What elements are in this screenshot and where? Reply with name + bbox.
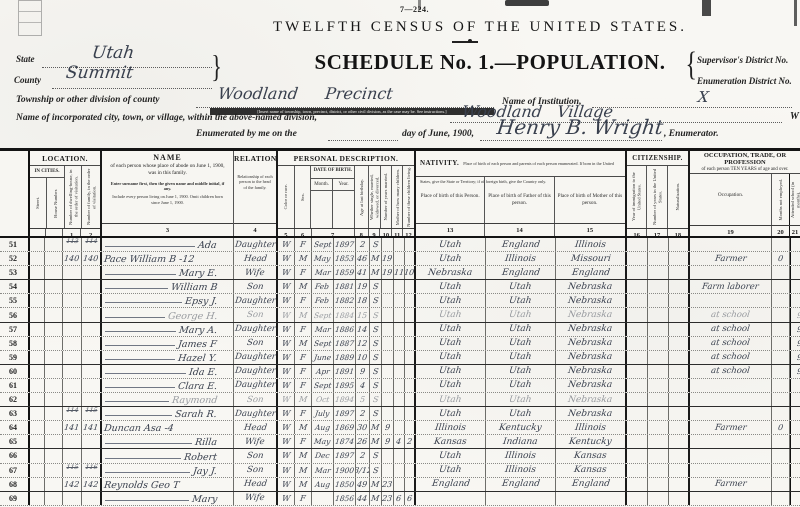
enumerator-suffix: , Enumerator.	[664, 129, 719, 139]
cell-occupation	[690, 435, 772, 448]
cell-birth-month: Mar	[312, 323, 334, 336]
surname-ditto-line	[105, 274, 176, 275]
cell-line-number: 51	[0, 238, 28, 251]
table-row: 55 Epsy J. Daughter W F Feb 1882 18 S Ut…	[0, 294, 800, 308]
table-row: 63 114 115 Sarah R. Daughter W F July 18…	[0, 407, 800, 421]
cell-dwelling-number	[63, 280, 82, 293]
cell-children-living	[405, 393, 416, 406]
cell-months-not-employed	[772, 449, 790, 462]
cell-birth-month	[312, 492, 334, 505]
cell-dwelling-number	[63, 435, 82, 448]
cell-house-number	[45, 337, 63, 350]
cell-sex: M	[295, 449, 312, 462]
cell-family-number	[82, 379, 102, 392]
cell-mother-of	[394, 393, 405, 406]
cell-months-not-employed	[772, 238, 790, 251]
cell-years-married: 19	[382, 266, 394, 279]
cell-birth-year: 1887	[334, 337, 356, 350]
cell-birthplace: Utah	[416, 323, 486, 336]
cell-father-birthplace: England	[486, 478, 556, 491]
cell-street	[28, 323, 45, 336]
cell-age: 12	[356, 337, 370, 350]
cell-mother-birthplace: Nebraska	[556, 407, 627, 420]
cell-street	[28, 464, 45, 477]
cell-age: 18	[356, 294, 370, 307]
county-label: County	[14, 75, 41, 85]
header-personal: PERSONAL DESCRIPTION. Color or race. Sex…	[278, 151, 416, 236]
cell-children-living: 2	[405, 435, 416, 448]
table-row: 60 Ida E. Daughter W F Apr 1891 9 S Utah…	[0, 365, 800, 379]
surname-ditto-line	[105, 345, 175, 346]
cell-children-living	[405, 407, 416, 420]
cell-color-race: W	[278, 449, 295, 462]
cell-age: 9	[356, 365, 370, 378]
cell-naturalization	[669, 393, 690, 406]
cell-birth-month: Dec	[312, 449, 334, 462]
col-num-21: 21	[790, 226, 800, 236]
cell-relation: Daughter	[234, 238, 278, 251]
surname-ditto-line	[105, 387, 175, 388]
cell-occupation: at school	[690, 365, 772, 378]
cell-color-race: W	[278, 294, 295, 307]
schedule-title: SCHEDULE No. 1.—POPULATION.	[280, 50, 700, 75]
cell-dwelling-number	[63, 379, 82, 392]
cell-dwelling-number	[63, 294, 82, 307]
surname-ditto-line	[105, 415, 172, 416]
cell-color-race: W	[278, 323, 295, 336]
cell-years-in-us	[648, 492, 669, 505]
cell-birth-month: June	[312, 351, 334, 364]
surname-ditto-line	[105, 359, 175, 360]
cell-relation: Son	[234, 449, 278, 462]
cell-name: Hazel Y.	[102, 351, 234, 364]
cell-immigration-year	[627, 379, 648, 392]
cell-age: 2	[356, 238, 370, 251]
cell-line-number: 61	[0, 379, 28, 392]
cell-relation: Head	[234, 421, 278, 434]
cell-dwelling-number: 141	[63, 421, 82, 434]
cell-color-race: W	[278, 421, 295, 434]
cell-house-number	[45, 323, 63, 336]
cell-color-race: W	[278, 280, 295, 293]
enumerated-day-label: day of June, 1900,	[402, 129, 474, 139]
cell-mother-of	[394, 464, 405, 477]
name-title: NAME	[108, 153, 227, 162]
cell-mother-of	[394, 337, 405, 350]
col-num-16: 16	[627, 229, 647, 236]
occupation-sub: of each person TEN YEARS of age and over…	[690, 167, 800, 173]
cell-years-married: 23	[382, 492, 394, 505]
cell-birthplace: Utah	[416, 337, 486, 350]
cell-attended-school	[790, 449, 800, 462]
cell-birth-year: 1897	[334, 449, 356, 462]
cell-father-birthplace: Utah	[486, 280, 556, 293]
cell-father-birthplace: Indiana	[486, 435, 556, 448]
cell-birthplace: Utah	[416, 280, 486, 293]
cell-attended-school	[790, 379, 800, 392]
cell-birth-year: 1874	[334, 435, 356, 448]
cell-months-not-employed	[772, 266, 790, 279]
cell-months-not-employed	[772, 337, 790, 350]
cell-mother-birthplace: Nebraska	[556, 393, 627, 406]
cell-children-living	[405, 337, 416, 350]
col-num-4: 4	[234, 224, 276, 236]
cell-years-married	[382, 464, 394, 477]
cell-years-married	[382, 365, 394, 378]
cell-occupation: Farmer	[690, 478, 772, 491]
cell-immigration-year	[627, 252, 648, 265]
surname-ditto-line	[105, 458, 181, 459]
cell-years-in-us	[648, 351, 669, 364]
cell-family-number	[82, 351, 102, 364]
cell-years-married	[382, 308, 394, 321]
cell-mother-birthplace	[556, 492, 627, 505]
cell-name: Epsy J.	[102, 294, 234, 307]
cell-father-birthplace: Illinois	[486, 449, 556, 462]
cell-immigration-year	[627, 294, 648, 307]
cell-house-number	[45, 393, 63, 406]
cell-attended-school	[790, 435, 800, 448]
cell-name: Mary	[102, 492, 234, 505]
marital-header: Whether single, married, widowed, or div…	[369, 166, 381, 228]
cell-name: Reynolds Geo T	[102, 478, 234, 491]
cell-mother-of	[394, 351, 405, 364]
cell-mother-of	[394, 449, 405, 462]
cell-family-number	[82, 280, 102, 293]
cell-immigration-year	[627, 464, 648, 477]
cell-house-number	[45, 492, 63, 505]
cell-years-in-us	[648, 337, 669, 350]
cell-mother-of	[394, 421, 405, 434]
naturalization-header: Naturalization.	[668, 166, 688, 228]
cell-family-number	[82, 308, 102, 321]
cell-sex: F	[295, 294, 312, 307]
cell-immigration-year	[627, 435, 648, 448]
cell-house-number	[45, 294, 63, 307]
cell-attended-school	[790, 280, 800, 293]
cell-color-race: W	[278, 238, 295, 251]
cell-line-number: 52	[0, 252, 28, 265]
cell-birthplace: Utah	[416, 365, 486, 378]
cell-father-birthplace: England	[486, 238, 556, 251]
cell-months-not-employed: 0	[772, 421, 790, 434]
state-label: State	[16, 54, 35, 64]
cell-mother-birthplace: England	[556, 266, 627, 279]
cell-birth-month: May	[312, 435, 334, 448]
cell-relation: Son	[234, 464, 278, 477]
cell-line-number: 53	[0, 266, 28, 279]
cell-father-birthplace: Illinois	[486, 464, 556, 477]
cell-mother-birthplace: Nebraska	[556, 323, 627, 336]
cell-months-not-employed	[772, 365, 790, 378]
attended-school-header: Attended school (in months).	[790, 174, 800, 225]
ward-fragment: W	[790, 111, 799, 122]
cell-birth-month: Aug	[312, 421, 334, 434]
cell-age: 19	[356, 280, 370, 293]
cell-birth-year: 1859	[334, 266, 356, 279]
cell-name: Rilla	[102, 435, 234, 448]
cell-mother-birthplace: Kentucky	[556, 435, 627, 448]
table-row: 65 Rilla Wife W F May 1874 26 M 9 4 2 Ka…	[0, 435, 800, 449]
cell-color-race: W	[278, 393, 295, 406]
cell-age: 15	[356, 308, 370, 321]
cell-color-race: W	[278, 266, 295, 279]
cell-mother-of: 4	[394, 435, 405, 448]
cell-dwelling-number	[63, 323, 82, 336]
cell-mother-of	[394, 323, 405, 336]
cell-house-number	[45, 407, 63, 420]
cell-line-number: 54	[0, 280, 28, 293]
immigration-year-header: Year of immigration to the United States…	[627, 166, 647, 228]
pob-mother-header: Place of birth of Mother of this person.	[555, 177, 625, 223]
cell-relation: Wife	[234, 492, 278, 505]
cell-house-number	[45, 478, 63, 491]
cell-attended-school	[790, 238, 800, 251]
cell-marital-status: M	[370, 266, 382, 279]
color-header: Color or race.	[278, 166, 295, 228]
cell-relation: Son	[234, 280, 278, 293]
cell-years-married: 9	[382, 435, 394, 448]
dob-title: DATE OF BIRTH.	[311, 166, 354, 179]
cell-attended-school: 9	[790, 351, 800, 364]
enumerated-label: Enumerated by me on the	[196, 129, 297, 139]
cell-years-in-us	[648, 252, 669, 265]
cell-family-number	[82, 323, 102, 336]
cell-immigration-year	[627, 337, 648, 350]
cell-mother-of	[394, 294, 405, 307]
header-name: NAME of each person whose place of abode…	[102, 151, 234, 236]
cell-street	[28, 308, 45, 321]
cell-children-living	[405, 280, 416, 293]
cell-house-number	[45, 252, 63, 265]
cell-name: Duncan Asa -4	[102, 421, 234, 434]
cell-months-not-employed	[772, 379, 790, 392]
cell-children-living	[405, 294, 416, 307]
cell-age: 14	[356, 323, 370, 336]
cell-relation: Daughter	[234, 379, 278, 392]
cell-sex: M	[295, 478, 312, 491]
cell-birth-month: Apr	[312, 365, 334, 378]
title-ornament	[452, 41, 478, 43]
cell-birth-year: 1884	[334, 308, 356, 321]
months-not-employed-header: Months not employed.	[772, 174, 790, 225]
cell-house-number	[45, 238, 63, 251]
cell-mother-of	[394, 478, 405, 491]
cell-relation: Son	[234, 393, 278, 406]
cell-dwelling-number: 142	[63, 478, 82, 491]
cell-birth-year: 1853	[334, 252, 356, 265]
cell-attended-school: 9	[790, 365, 800, 378]
cell-age: 10	[356, 351, 370, 364]
cell-immigration-year	[627, 280, 648, 293]
cell-attended-school: 9	[790, 308, 800, 321]
cell-mother-birthplace: Nebraska	[556, 365, 627, 378]
surname-ditto-line	[105, 331, 176, 332]
sex-header: Sex.	[295, 166, 312, 228]
city-label: Name of incorporated city, town, or vill…	[16, 113, 317, 123]
years-in-us-header: Number of years in the United States.	[647, 166, 667, 228]
cell-birthplace: England	[416, 478, 486, 491]
cell-birth-year: 1894	[334, 393, 356, 406]
cell-family-number	[82, 435, 102, 448]
header-location: LOCATION. IN CITIES. Street. House Numbe…	[28, 151, 102, 236]
col-num-1: 1	[63, 229, 81, 236]
surname-ditto-line	[105, 317, 165, 318]
surname-ditto-line	[105, 302, 182, 303]
cell-house-number	[45, 421, 63, 434]
cell-birth-year: 1882	[334, 294, 356, 307]
cell-age: 26	[356, 435, 370, 448]
cell-family-number	[82, 393, 102, 406]
cell-occupation: Farmer	[690, 252, 772, 265]
cell-birth-year: 1900	[334, 464, 356, 477]
cell-months-not-employed	[772, 407, 790, 420]
cell-children-living	[405, 449, 416, 462]
cell-sex: M	[295, 308, 312, 321]
cell-name: Pace William B -12	[102, 252, 234, 265]
cell-age: 41	[356, 266, 370, 279]
cell-name: Clara E.	[102, 379, 234, 392]
cell-marital-status: M	[370, 421, 382, 434]
cell-color-race: W	[278, 492, 295, 505]
cell-years-married	[382, 407, 394, 420]
cell-years-married	[382, 280, 394, 293]
cell-relation: Son	[234, 337, 278, 350]
cell-name: Robert	[102, 449, 234, 462]
cell-marital-status: S	[370, 379, 382, 392]
cell-months-not-employed	[772, 393, 790, 406]
cell-color-race: W	[278, 252, 295, 265]
cell-marital-status: S	[370, 308, 382, 321]
occupation-title: OCCUPATION, TRADE, OR PROFESSION	[690, 152, 800, 166]
cell-years-in-us	[648, 323, 669, 336]
year-header: Year.	[333, 179, 354, 190]
cell-birth-year: 1850	[334, 478, 356, 491]
cell-marital-status: M	[370, 492, 382, 505]
cell-relation: Wife	[234, 435, 278, 448]
cell-marital-status: M	[370, 478, 382, 491]
enumerated-line2	[480, 139, 662, 141]
cell-age: 3/12	[356, 464, 370, 477]
cell-father-birthplace: Utah	[486, 407, 556, 420]
page-title: TWELFTH CENSUS OF THE UNITED STATES.	[250, 19, 710, 36]
col-num-15: 15	[555, 224, 625, 236]
cell-relation: Head	[234, 478, 278, 491]
cell-dwelling-number: 140	[63, 252, 82, 265]
cell-family-number: 140	[82, 252, 102, 265]
cell-sex: M	[295, 280, 312, 293]
cell-occupation	[690, 379, 772, 392]
cell-house-number	[45, 266, 63, 279]
cell-years-married	[382, 449, 394, 462]
cell-street	[28, 449, 45, 462]
cell-occupation: at school	[690, 323, 772, 336]
cell-birthplace: Utah	[416, 238, 486, 251]
cell-relation: Son	[234, 308, 278, 321]
cell-children-living: 6	[405, 492, 416, 505]
cell-sex: F	[295, 323, 312, 336]
name-note1: Enter surname first, then the given name…	[108, 181, 227, 192]
cell-naturalization	[669, 294, 690, 307]
scan-artifact	[794, 0, 797, 26]
cell-occupation	[690, 464, 772, 477]
cell-children-living	[405, 379, 416, 392]
cell-naturalization	[669, 379, 690, 392]
cell-street	[28, 294, 45, 307]
cell-mother-birthplace: Nebraska	[556, 379, 627, 392]
cell-dwelling-number: 115	[63, 464, 82, 477]
enumeration-district-label: Enumeration District No.	[697, 76, 792, 86]
cell-birthplace: Utah	[416, 252, 486, 265]
cell-family-number: 116	[82, 464, 102, 477]
cell-naturalization	[669, 449, 690, 462]
cell-dwelling-number	[63, 393, 82, 406]
cell-line-number: 63	[0, 407, 28, 420]
cell-months-not-employed: 0	[772, 252, 790, 265]
cell-naturalization	[669, 478, 690, 491]
cell-mother-birthplace: Missouri	[556, 252, 627, 265]
col-num-3: 3	[102, 224, 233, 236]
cell-line-number: 65	[0, 435, 28, 448]
cell-mother-birthplace: Nebraska	[556, 294, 627, 307]
county-line	[52, 87, 212, 89]
county-value: Summit	[65, 63, 135, 83]
left-brace: }	[211, 48, 222, 85]
table-row: 64 141 141 Duncan Asa -4 Head W M Aug 18…	[0, 421, 800, 435]
cell-children-living	[405, 238, 416, 251]
col-num-7: 7	[312, 229, 355, 236]
cell-mother-of	[394, 280, 405, 293]
location-title: LOCATION.	[30, 151, 100, 166]
cell-relation: Daughter	[234, 323, 278, 336]
cell-color-race: W	[278, 337, 295, 350]
cell-sex: F	[295, 492, 312, 505]
cell-attended-school	[790, 294, 800, 307]
cell-mother-of	[394, 308, 405, 321]
scan-artifact	[505, 0, 549, 6]
cell-father-birthplace: Illinois	[486, 252, 556, 265]
cell-years-in-us	[648, 308, 669, 321]
cell-marital-status: S	[370, 351, 382, 364]
cell-family-number: 115	[82, 407, 102, 420]
header-citizenship: CITIZENSHIP. Year of immigration to the …	[627, 151, 690, 236]
cell-attended-school	[790, 421, 800, 434]
cell-mother-birthplace: Nebraska	[556, 308, 627, 321]
cell-marital-status: S	[370, 294, 382, 307]
cell-years-married: 19	[382, 252, 394, 265]
cell-birth-year: 1897	[334, 238, 356, 251]
cell-children-living	[405, 421, 416, 434]
cell-father-birthplace: Utah	[486, 323, 556, 336]
township-value: Woodland Precinct	[217, 84, 394, 103]
cell-mother-of: 6	[394, 492, 405, 505]
cell-mother-of: 11	[394, 266, 405, 279]
occupation-col-header: Occupation.	[690, 174, 772, 225]
cell-father-birthplace	[486, 492, 556, 505]
cell-mother-of	[394, 379, 405, 392]
surname-ditto-line	[105, 401, 169, 402]
cell-years-married	[382, 351, 394, 364]
cell-sex: M	[295, 464, 312, 477]
table-row: 68 142 142 Reynolds Geo T Head W M Aug 1…	[0, 478, 800, 492]
cell-years-in-us	[648, 393, 669, 406]
cell-attended-school	[790, 478, 800, 491]
table-row: 61 Clara E. Daughter W F Sept 1895 4 S U…	[0, 379, 800, 393]
enumerated-line1	[328, 139, 398, 141]
cell-attended-school	[790, 492, 800, 505]
cell-dwelling-number: 114	[63, 407, 82, 420]
cell-birthplace: Utah	[416, 449, 486, 462]
